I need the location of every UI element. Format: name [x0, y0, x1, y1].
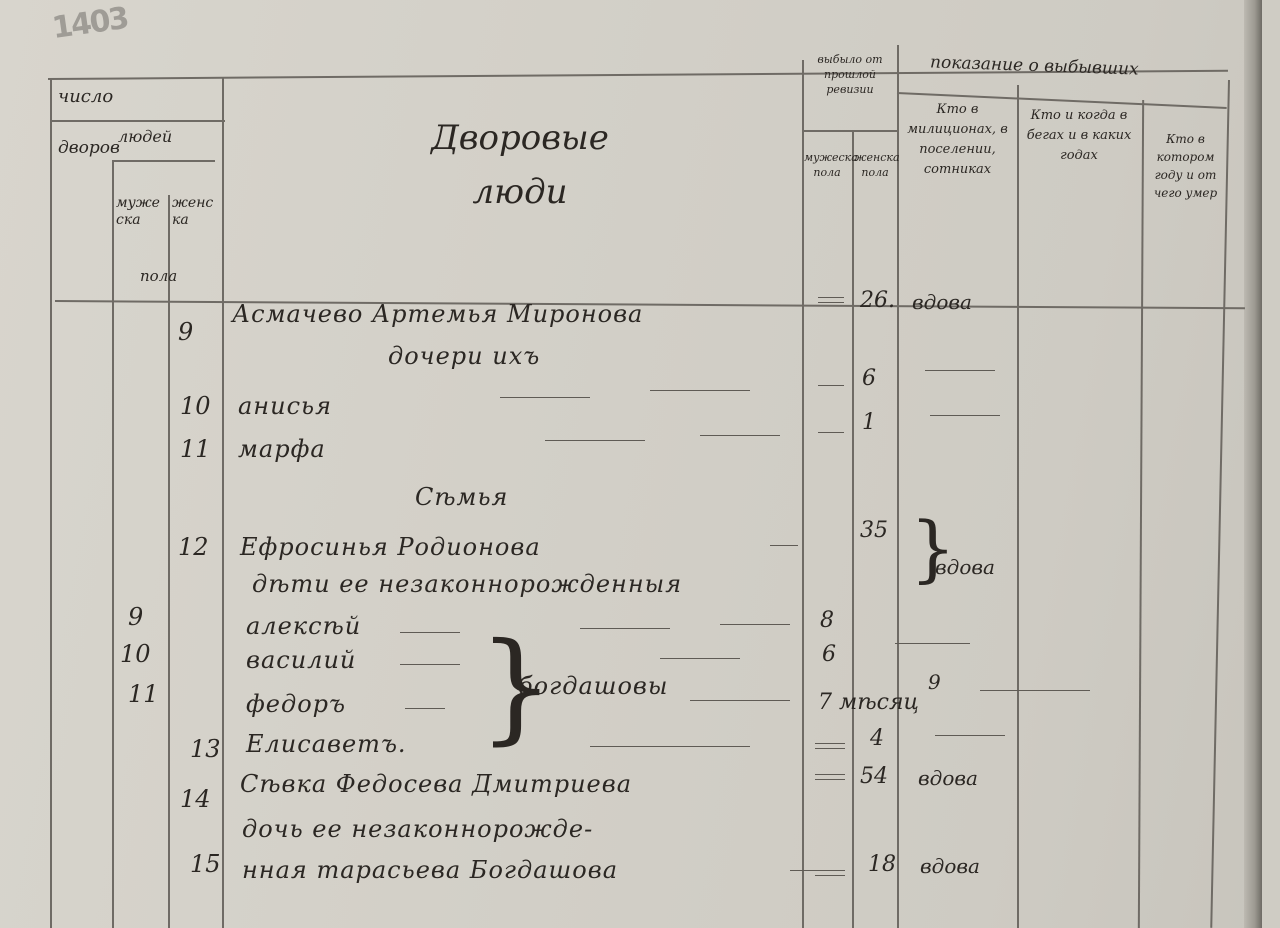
entry-name: марфа [238, 435, 326, 463]
age-female: 26. [860, 288, 895, 313]
status-note: 9 [928, 670, 941, 694]
rule-v-left [50, 78, 52, 928]
rule-v-absent-left [802, 60, 804, 928]
dash-mark [405, 708, 445, 709]
dash-mark [815, 743, 845, 744]
header-col-who-where: Кто в милиционах, в поселении, сотниках [900, 100, 1015, 180]
entry-name: Асмачево Артемья Миронова [232, 300, 643, 328]
entry-name: нная тарасьева Богдашова [242, 856, 618, 884]
entry-name: дѣти ее незаконнорожденныя [252, 570, 682, 598]
header-col-who-when: Кто и когда в бегах и в каких годах [1020, 106, 1138, 166]
header-testimony: показание о выбывших [930, 54, 1139, 78]
header-people: людей [118, 128, 172, 145]
rule-v-testimony-left [897, 45, 899, 928]
rule-v-names [222, 78, 224, 928]
rule-v-absent-mid [852, 130, 854, 928]
age-female: 6 [862, 366, 876, 391]
rule-v-testimony-2 [1017, 85, 1019, 928]
section-label: Сѣмья [415, 483, 508, 511]
book-spine [1244, 0, 1262, 928]
header-households: дворов [58, 140, 120, 157]
row-number-left: 10 [120, 640, 151, 668]
dash-mark [545, 440, 645, 441]
rule-absent-under [802, 130, 897, 132]
entry-name: анисья [238, 392, 332, 420]
dash-mark [815, 748, 845, 749]
dash-mark [818, 297, 844, 298]
header-absent-male: мужеска пола [804, 150, 850, 180]
dash-mark [790, 870, 845, 871]
dash-mark [580, 628, 670, 629]
header-gender-suffix: пола [140, 268, 177, 285]
age-female: 35 [860, 518, 888, 543]
dash-mark [980, 690, 1090, 691]
dash-mark [925, 370, 995, 371]
dash-mark [818, 302, 844, 303]
row-number-left: 11 [128, 680, 159, 708]
row-number: 11 [180, 435, 211, 463]
entry-name: федоръ [246, 690, 346, 718]
entry-name: василий [246, 646, 356, 674]
rule-count-under [50, 120, 225, 122]
header-count: число [58, 88, 113, 105]
row-number-left: 9 [128, 603, 143, 631]
age-female: 54 [860, 764, 888, 789]
header-absent: выбыло от прошлой ревизии [804, 52, 896, 97]
dash-mark [700, 435, 780, 436]
dash-mark [770, 545, 798, 546]
header-male: мужеска [116, 195, 166, 229]
age-male: 6 [822, 642, 836, 667]
status-note: вдова [912, 290, 972, 314]
dash-mark [935, 735, 1005, 736]
entry-name: алексѣй [246, 612, 361, 640]
row-number: 14 [180, 785, 211, 813]
header-female: женска [172, 195, 217, 229]
dash-mark [690, 700, 790, 701]
header-col-what-year: Кто в котором году и от чего умер [1143, 130, 1228, 202]
dash-mark [720, 624, 790, 625]
dash-mark [815, 779, 845, 780]
dash-mark [930, 415, 1000, 416]
row-number: 9 [178, 318, 193, 346]
dash-mark [500, 397, 590, 398]
rule-people-under [112, 160, 215, 162]
row-number: 12 [178, 533, 209, 561]
dash-mark [818, 385, 844, 386]
status-note: вдова [935, 555, 995, 579]
age-male: 7 мѣсяц [818, 690, 919, 715]
dash-mark [400, 632, 460, 633]
dash-mark [895, 643, 970, 644]
entry-name: Ефросинья Родионова [240, 533, 541, 561]
entry-name: дочь ее незаконнорожде- [242, 815, 593, 843]
row-number: 13 [190, 735, 221, 763]
rule-v-households [112, 160, 114, 928]
entry-name: Елисаветъ. [246, 730, 407, 758]
page-title-line2: люди [360, 172, 680, 212]
rule-v-male [168, 195, 170, 928]
dash-mark [650, 390, 750, 391]
entry-name: дочери ихъ [388, 342, 540, 370]
page-title-line1: Дворовые [360, 118, 680, 158]
dash-mark [818, 432, 844, 433]
dash-mark [815, 875, 845, 876]
document-page: 1403 число дворов людей мужеска женска п… [0, 0, 1262, 928]
status-note: вдова [918, 766, 978, 790]
entry-name: Сѣвка Федосева Дмитриева [240, 770, 632, 798]
family-group-label: богдашовы [518, 672, 668, 700]
dash-mark [590, 746, 750, 747]
dash-mark [660, 658, 740, 659]
age-female: 18 [868, 852, 896, 877]
age-male: 8 [820, 608, 834, 633]
age-female: 4 [870, 726, 884, 751]
age-female: 1 [862, 410, 876, 435]
header-absent-female: женска пола [854, 150, 896, 180]
status-note: вдова [920, 854, 980, 878]
dash-mark [815, 774, 845, 775]
archive-page-number: 1403 [50, 1, 130, 46]
dash-mark [400, 664, 460, 665]
rule-v-right [1210, 80, 1229, 928]
row-number: 10 [180, 392, 211, 420]
row-number: 15 [190, 850, 221, 878]
rule-v-testimony-3 [1138, 100, 1144, 928]
